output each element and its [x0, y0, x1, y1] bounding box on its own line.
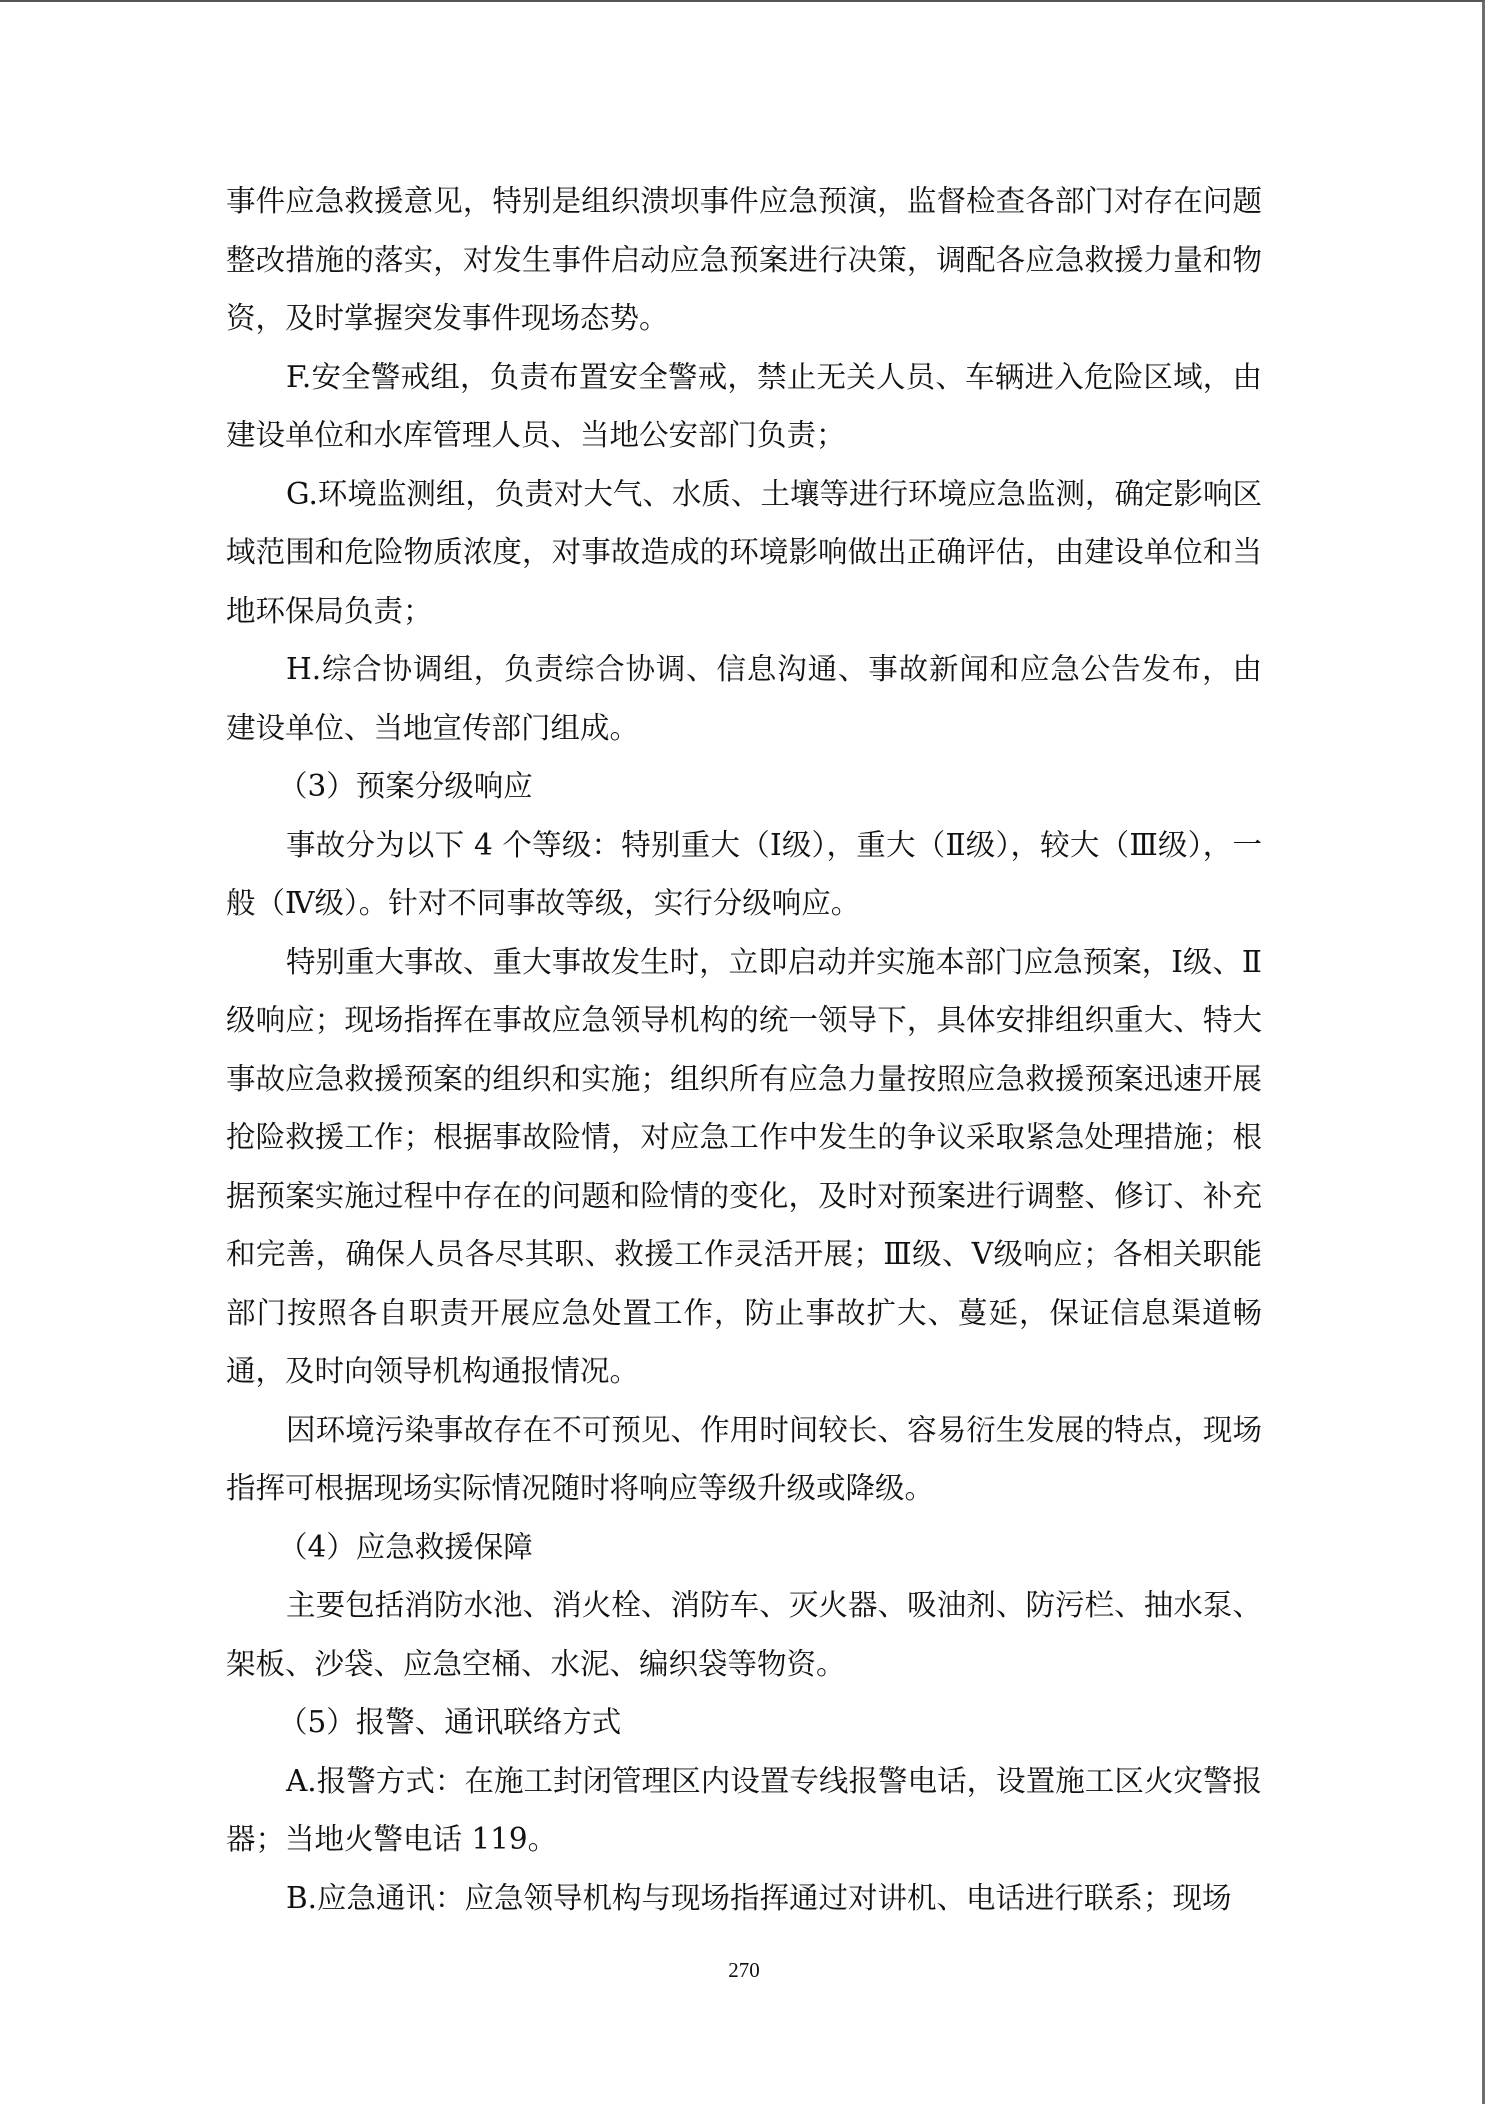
paragraph-emergency-communication: B.应急通讯：应急领导机构与现场指挥通过对讲机、电话进行联系；现场: [226, 1869, 1262, 1928]
document-page: 事件应急救援意见，特别是组织溃坝事件应急预演，监督检查各部门对存在问题整改措施的…: [0, 0, 1485, 2104]
paragraph-rescue-materials: 主要包括消防水池、消火栓、消防车、灭火器、吸油剂、防污栏、抽水泵、架板、沙袋、应…: [226, 1576, 1262, 1693]
paragraph-coordination-group: H.综合协调组，负责综合协调、信息沟通、事故新闻和应急公告发布，由建设单位、当地…: [226, 640, 1262, 757]
page-body: 事件应急救援意见，特别是组织溃坝事件应急预演，监督检查各部门对存在问题整改措施的…: [226, 172, 1262, 1927]
paragraph-level-adjustment: 因环境污染事故存在不可预见、作用时间较长、容易衍生发展的特点，现场指挥可根据现场…: [226, 1401, 1262, 1518]
section-heading-alarm-communication: （5）报警、通讯联络方式: [226, 1693, 1262, 1752]
paragraph-accident-levels: 事故分为以下 4 个等级：特别重大（Ⅰ级），重大（Ⅱ级），较大（Ⅲ级），一般（Ⅳ…: [226, 816, 1262, 933]
paragraph-security-group: F.安全警戒组，负责布置安全警戒，禁止无关人员、车辆进入危险区域，由建设单位和水…: [226, 348, 1262, 465]
paragraph-major-accident-response: 特别重大事故、重大事故发生时，立即启动并实施本部门应急预案，Ⅰ级、Ⅱ级响应；现场…: [226, 933, 1262, 1401]
section-heading-rescue-support: （4）应急救援保障: [226, 1518, 1262, 1577]
paragraph-continuation: 事件应急救援意见，特别是组织溃坝事件应急预演，监督检查各部门对存在问题整改措施的…: [226, 172, 1262, 348]
section-heading-graded-response: （3）预案分级响应: [226, 757, 1262, 816]
paragraph-alarm-method: A.报警方式：在施工封闭管理区内设置专线报警电话，设置施工区火灾警报器；当地火警…: [226, 1752, 1262, 1869]
paragraph-environment-monitoring-group: G.环境监测组，负责对大气、水质、土壤等进行环境应急监测，确定影响区域范围和危险…: [226, 465, 1262, 641]
page-number: 270: [0, 1958, 1488, 1983]
